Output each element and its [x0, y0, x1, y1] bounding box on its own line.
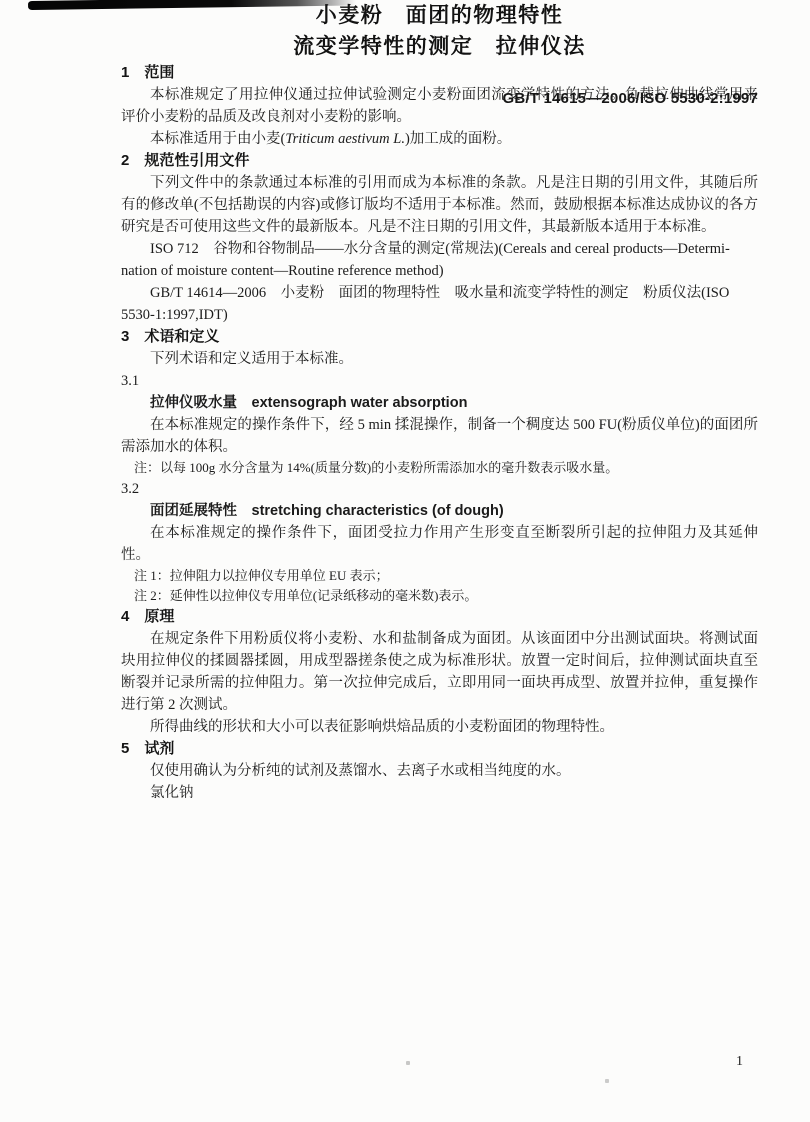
section-1-paragraph-2: 本标准适用于由小麦(Triticum aestivum L.)加工成的面粉。: [121, 128, 758, 150]
term-3-2-note-1: 注 1：拉伸阻力以拉伸仪专用单位 EU 表示；: [121, 566, 758, 586]
reference-line: nation of moisture content—Routine refer…: [121, 263, 444, 279]
reference-line: 5530-1:1997,IDT): [121, 307, 228, 323]
term-3-2-title: 面团延展特性 stretching characteristics (of do…: [121, 500, 758, 522]
section-4-paragraph-1: 在规定条件下用粉质仪将小麦粉、水和盐制备成为面团。从该面团中分出测试面块。将测试…: [121, 628, 758, 716]
section-4-paragraph-2: 所得曲线的形状和大小可以表征影响烘焙品质的小麦粉面团的物理特性。: [121, 716, 758, 738]
term-3-1-definition: 在本标准规定的操作条件下，经 5 min 揉混操作，制备一个稠度达 500 FU…: [121, 414, 758, 458]
normative-reference-iso712: ISO 712 谷物和谷物制品——水分含量的测定(常规法)(Cereals an…: [121, 238, 758, 282]
normative-reference-gbt14614: GB/T 14614—2006 小麦粉 面团的物理特性 吸水量和流变学特性的测定…: [121, 282, 758, 326]
term-3-2-definition: 在本标准规定的操作条件下，面团受拉力作用产生形变直至断裂所引起的拉伸阻力及其延伸…: [121, 522, 758, 566]
section-2-paragraph-1: 下列文件中的条款通过本标准的引用而成为本标准的条款。凡是注日期的引用文件，其随后…: [121, 172, 758, 238]
section-3-intro: 下列术语和定义适用于本标准。: [121, 348, 758, 370]
latin-species-name: Triticum aestivum L.: [285, 131, 405, 147]
document-page: GB/T 14615—2006/ISO 5530-2:1997 小麦粉 面团的物…: [0, 0, 810, 1122]
term-3-2-number: 3.2: [121, 478, 758, 500]
section-5-paragraph-1: 仅使用确认为分析纯的试剂及蒸馏水、去离子水或相当纯度的水。: [121, 760, 758, 782]
section-3-heading: 3 术语和定义: [121, 326, 758, 348]
section-2-heading: 2 规范性引用文件: [121, 150, 758, 172]
section-4-heading: 4 原理: [121, 606, 758, 628]
scan-speck: [406, 1061, 410, 1065]
term-3-1-note: 注：以每 100g 水分含量为 14%(质量分数)的小麦粉所需添加水的毫升数表示…: [121, 458, 758, 478]
document-title-line1: 小麦粉 面团的物理特性: [121, 0, 758, 31]
reference-line: ISO 712 谷物和谷物制品——水分含量的测定(常规法)(Cereals an…: [150, 241, 730, 257]
page-number: 1: [736, 1054, 743, 1070]
paragraph-fragment: 本标准适用于由小麦(: [150, 131, 285, 147]
document-content: 小麦粉 面团的物理特性 流变学特性的测定 拉伸仪法 1 范围 本标准规定了用拉伸…: [121, 0, 758, 804]
term-3-2-note-2: 注 2：延伸性以拉伸仪专用单位(记录纸移动的毫米数)表示。: [121, 586, 758, 606]
paragraph-fragment: )加工成的面粉。: [405, 131, 511, 147]
scan-speck: [605, 1079, 609, 1083]
document-title-line2: 流变学特性的测定 拉伸仪法: [121, 31, 758, 62]
section-1-heading: 1 范围: [121, 62, 758, 84]
term-3-1-title: 拉伸仪吸水量 extensograph water absorption: [121, 392, 758, 414]
reference-line: GB/T 14614—2006 小麦粉 面团的物理特性 吸水量和流变学特性的测定…: [150, 285, 729, 301]
term-3-1-number: 3.1: [121, 370, 758, 392]
document-title: 小麦粉 面团的物理特性 流变学特性的测定 拉伸仪法: [121, 0, 758, 62]
section-5-heading: 5 试剂: [121, 738, 758, 760]
section-5-paragraph-2: 氯化钠: [121, 782, 758, 804]
section-1-paragraph-1: 本标准规定了用拉伸仪通过拉伸试验测定小麦粉面团流变学特性的方法。负载拉伸曲线常用…: [121, 84, 758, 128]
